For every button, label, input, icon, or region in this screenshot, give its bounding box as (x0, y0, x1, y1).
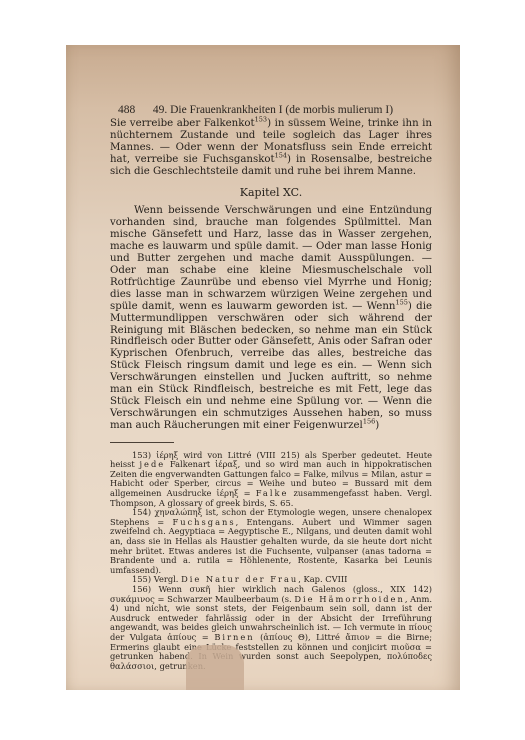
footnote-156: 156) Wenn συκῆ hier wirklich nach Galeno… (110, 585, 432, 671)
footnote-ref-154: 154 (275, 151, 287, 159)
chapter-heading: Kapitel XC. (110, 187, 432, 199)
footnote-divider (110, 442, 174, 443)
footnote-ref-155: 155 (395, 298, 407, 306)
paragraph-1: Sie verreibe aber Falkenkot153) in süsse… (110, 118, 432, 178)
footnotes: 153) ἰέρηξ wird von Littré (VIII 215) al… (110, 451, 432, 672)
running-title: 49. Die Frauenkrankheiten I (de morbis m… (153, 104, 393, 116)
thumb-shadow (186, 645, 244, 690)
main-text: Sie verreibe aber Falkenkot153) in süsse… (110, 118, 432, 671)
paragraph-2: Wenn beissende Verschwärungen und eine E… (110, 205, 432, 431)
page-number: 488 (118, 104, 150, 116)
footnote-153: 153) ἰέρηξ wird von Littré (VIII 215) al… (110, 451, 432, 509)
footnote-ref-153: 153 (255, 116, 267, 124)
book-page: 488 49. Die Frauenkrankheiten I (de morb… (66, 45, 460, 690)
footnote-154: 154) χηναλώπηξ ist, schon der Etymologie… (110, 508, 432, 575)
footnote-ref-156: 156 (363, 417, 375, 425)
running-head: 488 49. Die Frauenkrankheiten I (de morb… (118, 104, 393, 116)
